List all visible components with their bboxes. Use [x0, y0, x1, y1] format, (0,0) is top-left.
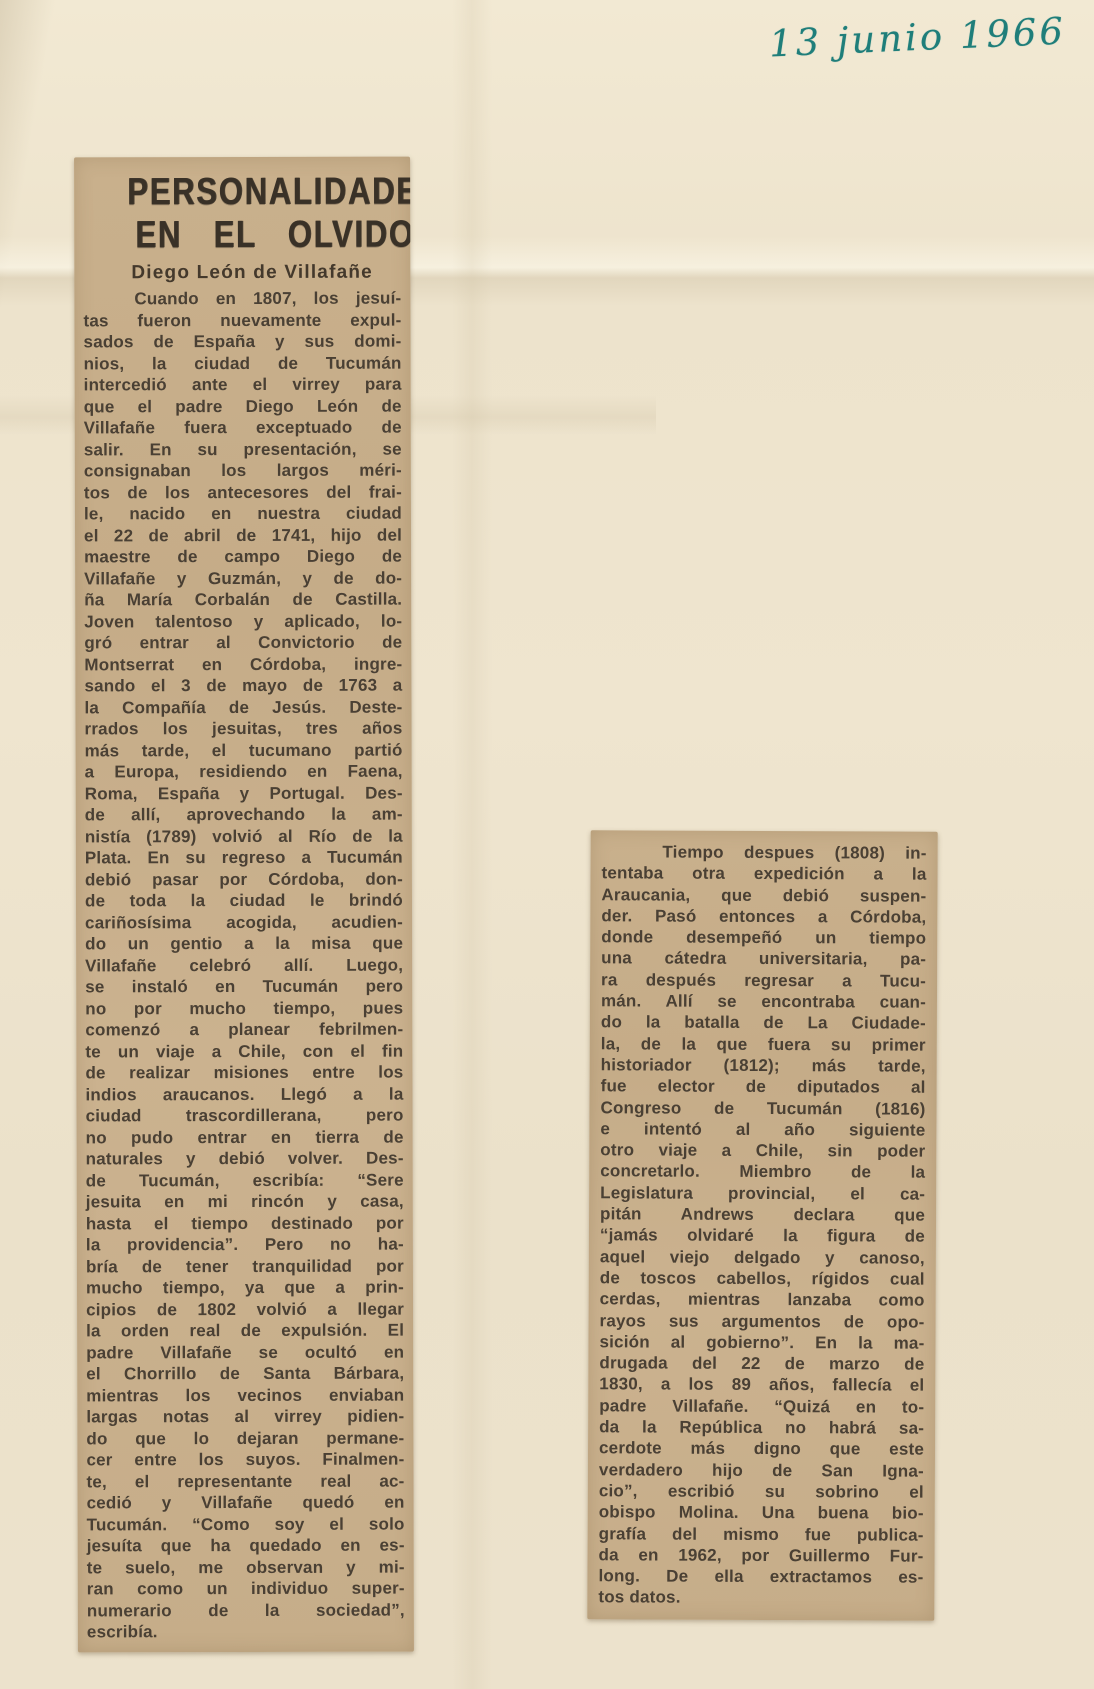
- text-line: padre Villafañe se ocultó en: [86, 1341, 404, 1363]
- text-line: Roma, España y Portugal. Des-: [85, 782, 403, 804]
- handwritten-date: 13 junio 1966: [768, 10, 1067, 66]
- text-line: indios araucanos. Llegó a la: [85, 1083, 403, 1105]
- text-line: cipios de 1802 volvió a llegar: [86, 1298, 404, 1320]
- headline-line-1: PERSONALIDADES: [127, 171, 352, 215]
- text-line: cerdas, mientras lanzaba como: [600, 1289, 925, 1312]
- text-line: fue elector de diputados al: [601, 1076, 926, 1099]
- text-line: e intentó al año siguiente: [600, 1118, 925, 1141]
- text-line: der. Pasó entonces a Córdoba,: [601, 905, 926, 928]
- text-line: consignaban los largos méri-: [84, 460, 402, 482]
- text-line: de allí, aprovechando la am-: [85, 804, 403, 826]
- text-line: Villafañe celebró allí. Luego,: [85, 954, 403, 976]
- text-line: Plata. En su regreso a Tucumán: [85, 847, 403, 869]
- text-line: mientras los vecinos enviaban: [86, 1384, 404, 1406]
- text-line: bría de tener tranquilidad por: [86, 1255, 404, 1277]
- text-line: obispo Molina. Una buena bio-: [599, 1501, 924, 1524]
- text-line: el 22 de abril de 1741, hijo del: [84, 524, 402, 546]
- text-line: Cuando en 1807, los jesuí-: [83, 288, 401, 310]
- text-line: cio”, escribió su sobrino el: [599, 1480, 924, 1503]
- text-line: de realizar misiones entre los: [85, 1062, 403, 1084]
- text-line: ciudad trascordillerana, pero: [86, 1105, 404, 1127]
- text-line: gró entrar al Convictorio de: [84, 632, 402, 654]
- text-line: ra después regresar a Tucu-: [601, 969, 926, 992]
- headline-line-2: EN EL OLVIDO: [135, 214, 353, 258]
- text-line: tas fueron nuevamente expul-: [83, 309, 401, 331]
- text-line: intercedió ante el virrey para: [84, 374, 402, 396]
- text-line: pitán Andrews declara que: [600, 1203, 925, 1226]
- text-line: maestre de campo Diego de: [84, 546, 402, 568]
- text-line: de Tucumán, escribía: “Sere: [86, 1169, 404, 1191]
- text-line: tos datos.: [598, 1587, 923, 1610]
- text-line: ran como un individuo super-: [87, 1578, 405, 1600]
- text-line: nistía (1789) volvió al Río de la: [85, 825, 403, 847]
- text-line: Araucania, que debió suspen-: [601, 884, 926, 907]
- paper-crease-vertical: [452, 0, 492, 1689]
- text-line: da la República no habrá sa-: [599, 1416, 924, 1439]
- text-line: rayos sus argumentos de opo-: [600, 1310, 925, 1333]
- text-line: cerdote más digno que este: [599, 1438, 924, 1461]
- text-line: historiador (1812); más tarde,: [601, 1054, 926, 1077]
- text-line: te un viaje a Chile, con el fin: [85, 1040, 403, 1062]
- text-line: donde desempeñó un tiempo: [601, 926, 926, 949]
- text-line: long. De ella extractamos es-: [598, 1565, 923, 1588]
- text-line: otro viaje a Chile, sin poder: [600, 1139, 925, 1162]
- text-line: drugada del 22 de marzo de: [599, 1352, 924, 1375]
- text-line: mucho tiempo, ya que a prin-: [86, 1277, 404, 1299]
- text-line: debió pasar por Córdoba, don-: [85, 868, 403, 890]
- text-line: cariñosísima acogida, acudien-: [85, 911, 403, 933]
- text-line: Tucumán. “Como soy el solo: [87, 1513, 405, 1535]
- text-line: 1830, a los 89 años, fallecía el: [599, 1374, 924, 1397]
- text-line: tos de los antecesores del frai-: [84, 481, 402, 503]
- text-line: Legislatura provincial, el ca-: [600, 1182, 925, 1205]
- text-line: la, de la que fuera su primer: [601, 1033, 926, 1056]
- text-line: do que lo dejaran permane-: [86, 1427, 404, 1449]
- article-subhead: Diego León de Villafañe: [131, 260, 401, 287]
- text-line: numerario de la sociedad”,: [87, 1599, 405, 1621]
- text-line: que el padre Diego León de: [84, 395, 402, 417]
- text-line: da en 1962, por Guillermo Fur-: [599, 1544, 924, 1567]
- text-line: salir. En su presentación, se: [84, 438, 402, 460]
- text-line: no por mucho tiempo, pues: [85, 997, 403, 1019]
- text-line: se instaló en Tucumán pero: [85, 976, 403, 998]
- text-line: jesuíta que ha quedado en es-: [87, 1535, 405, 1557]
- text-line: de toscos cabellos, rígidos cual: [600, 1267, 925, 1290]
- text-line: sando el 3 de mayo de 1763 a: [84, 675, 402, 697]
- text-line: largas notas al virrey pidien-: [86, 1406, 404, 1428]
- text-line: hasta el tiempo destinado por: [86, 1212, 404, 1234]
- text-line: concretarlo. Miembro de la: [600, 1161, 925, 1184]
- text-line: una cátedra universitaria, pa-: [601, 948, 926, 971]
- text-line: cedió y Villafañe quedó en: [87, 1492, 405, 1514]
- text-line: Congreso de Tucumán (1816): [600, 1097, 925, 1120]
- text-line: sición al gobierno”. En la ma-: [599, 1331, 924, 1354]
- text-line: tentaba otra expedición a la: [601, 863, 926, 886]
- text-line: Villafañe y Guzmán, y de do-: [84, 567, 402, 589]
- text-line: le, nacido en nuestra ciudad: [84, 503, 402, 525]
- text-line: sados de España y sus domi-: [83, 331, 401, 353]
- text-line: mán. Allí se encontraba cuan-: [601, 990, 926, 1013]
- text-line: Villafañe fuera exceptuado de: [84, 417, 402, 439]
- text-line: “jamás olvidaré la figura de: [600, 1225, 925, 1248]
- newspaper-clipping-left: PERSONALIDADES EN EL OLVIDO Diego León d…: [74, 157, 414, 1653]
- text-line: Tiempo despues (1808) in-: [602, 841, 927, 864]
- scrapbook-page: 13 junio 1966 PERSONALIDADES EN EL OLVID…: [0, 0, 1094, 1689]
- text-line: te suelo, me observan y mi-: [87, 1556, 405, 1578]
- text-line: de toda la ciudad le brindó: [85, 890, 403, 912]
- text-line: Joven talentoso y aplicado, lo-: [84, 610, 402, 632]
- text-line: escribía.: [87, 1621, 405, 1643]
- text-line: más tarde, el tucumano partió: [85, 739, 403, 761]
- text-line: a Europa, residiendo en Faena,: [85, 761, 403, 783]
- text-line: do un gentio a la misa que: [85, 933, 403, 955]
- text-line: la Compañía de Jesús. Deste-: [84, 696, 402, 718]
- text-line: grafía del mismo fue publica-: [599, 1523, 924, 1546]
- text-line: no pudo entrar en tierra de: [86, 1126, 404, 1148]
- text-line: jesuita en mi rincón y casa,: [86, 1191, 404, 1213]
- text-line: la orden real de expulsión. El: [86, 1320, 404, 1342]
- text-line: Montserrat en Córdoba, ingre-: [84, 653, 402, 675]
- text-line: verdadero hijo de San Igna-: [599, 1459, 924, 1482]
- text-line: rrados los jesuitas, tres años: [85, 718, 403, 740]
- text-line: aquel viejo delgado y canoso,: [600, 1246, 925, 1269]
- text-line: ña María Corbalán de Castilla.: [84, 589, 402, 611]
- text-line: nios, la ciudad de Tucumán: [84, 352, 402, 374]
- article-body-left-column: Cuando en 1807, los jesuí-tas fueron nue…: [83, 288, 405, 1643]
- text-line: cer entre los suyos. Finalmen-: [86, 1449, 404, 1471]
- text-line: comenzó a planear febrilmen-: [85, 1019, 403, 1041]
- newspaper-clipping-right: Tiempo despues (1808) in-tentaba otra ex…: [587, 830, 937, 1621]
- text-line: el Chorrillo de Santa Bárbara,: [86, 1363, 404, 1385]
- text-line: te, el representante real ac-: [86, 1470, 404, 1492]
- text-line: la providencia”. Pero no ha-: [86, 1234, 404, 1256]
- text-line: do la batalla de La Ciudade-: [601, 1012, 926, 1035]
- text-line: naturales y debió volver. Des-: [86, 1148, 404, 1170]
- text-line: padre Villafañe. “Quizá en to-: [599, 1395, 924, 1418]
- article-body-right-column: Tiempo despues (1808) in-tentaba otra ex…: [598, 841, 926, 1609]
